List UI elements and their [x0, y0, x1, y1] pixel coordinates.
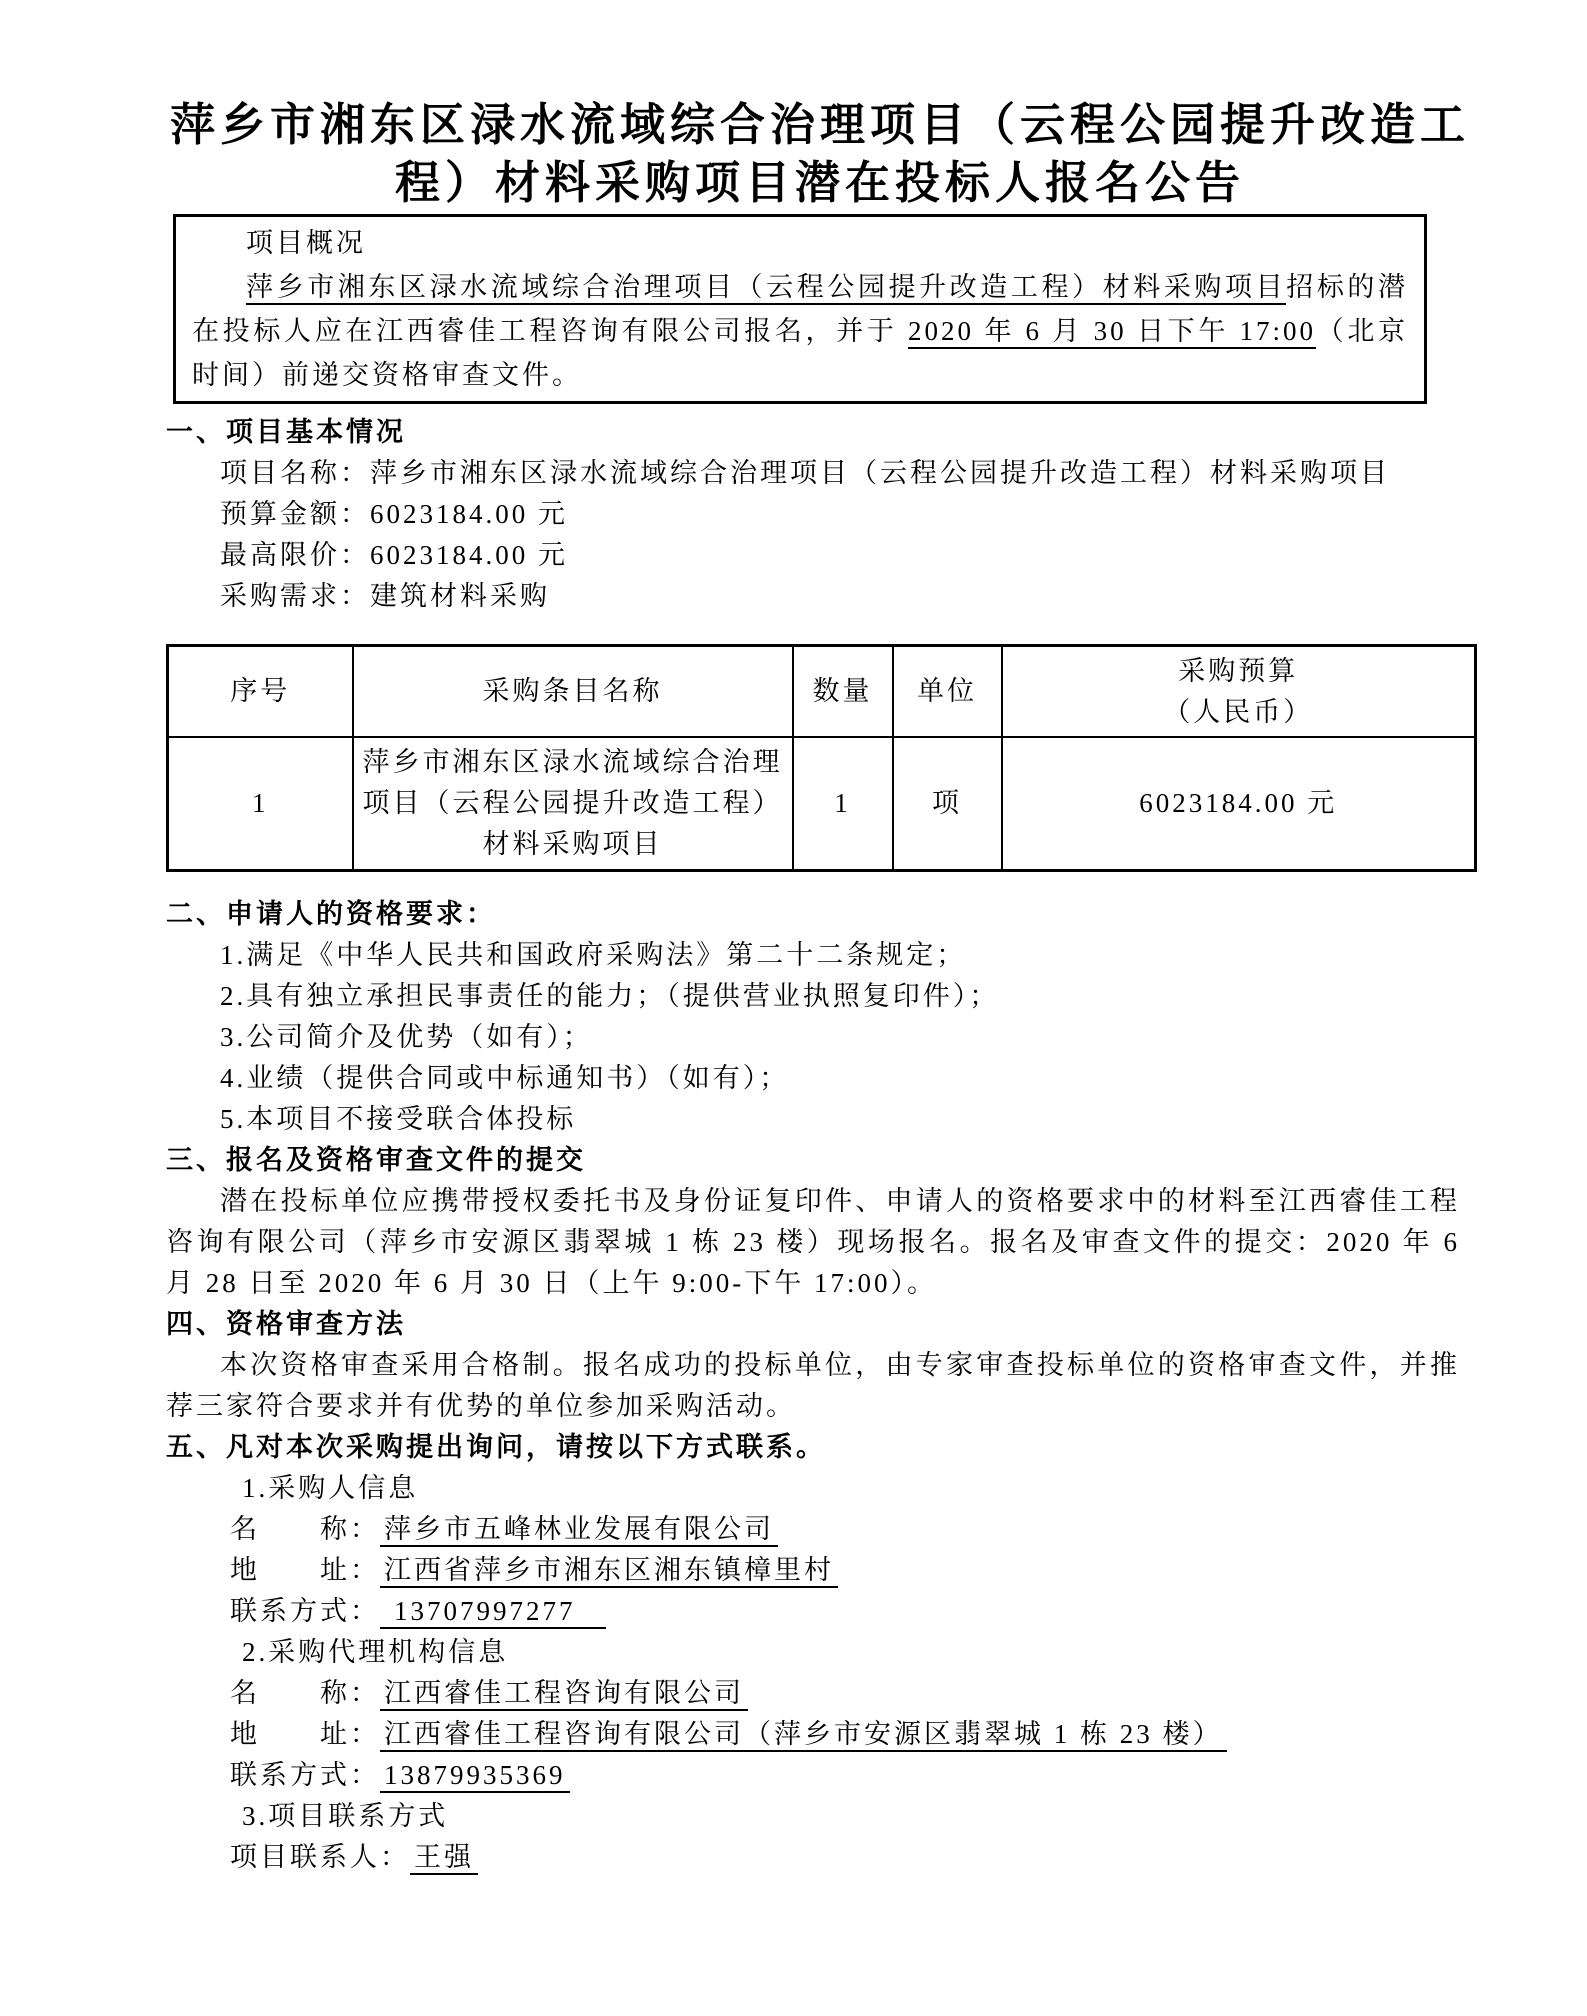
section3-paragraph: 潜在投标单位应携带授权委托书及身份证复印件、申请人的资格要求中的材料至江西睿佳工… — [166, 1181, 1460, 1304]
qualification-item-1: 1.满足《中华人民共和国政府采购法》第二十二条规定； — [166, 935, 1460, 976]
agency-name-label: 名 称： — [230, 1678, 380, 1708]
agency-addr-value: 江西睿佳工程咨询有限公司（萍乡市安源区翡翠城 1 栋 23 楼） — [380, 1719, 1227, 1752]
purchaser-addr-value: 江西省萍乡市湘东区湘东镇樟里村 — [380, 1555, 838, 1588]
document-page: 萍乡市湘东区渌水流域综合治理项目（云程公园提升改造工程）材料采购项目潜在投标人报… — [0, 0, 1587, 2016]
col-header-item-name: 采购条目名称 — [353, 646, 793, 738]
qualification-item-4: 4.业绩（提供合同或中标通知书）（如有）； — [166, 1058, 1460, 1099]
col-header-budget-line2: （人民币） — [1163, 697, 1313, 727]
section4-paragraph: 本次资格审查采用合格制。报名成功的投标单位，由专家审查投标单位的资格审查文件，并… — [166, 1345, 1460, 1427]
col-header-budget: 采购预算（人民币） — [1002, 646, 1476, 738]
agency-name-value: 江西睿佳工程咨询有限公司 — [380, 1678, 748, 1711]
agency-phone-label: 联系方式： — [230, 1760, 380, 1790]
purchaser-phone-label: 联系方式： — [230, 1596, 380, 1626]
agency-phone-value: 13879935369 — [380, 1760, 570, 1793]
overview-project-name: 萍乡市湘东区渌水流域综合治理项目（云程公园提升改造工程）材料采购项目 — [246, 272, 1286, 305]
purchaser-phone-line: 联系方式：13707997277 — [230, 1591, 1474, 1632]
col-header-unit: 单位 — [893, 646, 1002, 738]
section4-heading: 四、资格审查方法 — [166, 1304, 1474, 1345]
col-header-qty: 数量 — [793, 646, 893, 738]
agency-phone-line: 联系方式：13879935369 — [230, 1755, 1474, 1796]
overview-deadline: 2020 年 6 月 30 日下午 17:00 — [908, 316, 1316, 349]
document-content: 萍乡市湘东区渌水流域综合治理项目（云程公园提升改造工程）材料采购项目潜在投标人报… — [166, 96, 1474, 1878]
table-row: 1 萍乡市湘东区渌水流域综合治理项目（云程公园提升改造工程）材料采购项目 1 项… — [168, 737, 1476, 871]
project-overview-box: 项目概况 萍乡市湘东区渌水流域综合治理项目（云程公园提升改造工程）材料采购项目招… — [173, 214, 1427, 404]
agency-addr-line: 地 址：江西睿佳工程咨询有限公司（萍乡市安源区翡翠城 1 栋 23 楼） — [230, 1714, 1474, 1755]
agency-addr-label: 地 址： — [230, 1719, 380, 1749]
purchaser-phone-value: 13707997277 — [380, 1596, 606, 1629]
title-line-2: 程）材料采购项目潜在投标人报名公告 — [395, 158, 1245, 208]
qualification-item-3: 3.公司简介及优势（如有）； — [166, 1017, 1460, 1058]
budget-line: 预算金额：6023184.00 元 — [166, 494, 1460, 535]
overview-paragraph: 萍乡市湘东区渌水流域综合治理项目（云程公园提升改造工程）材料采购项目招标的潜在投… — [192, 265, 1408, 397]
purchaser-name-value: 萍乡市五峰林业发展有限公司 — [380, 1514, 778, 1547]
project-contact-value: 王强 — [410, 1842, 478, 1875]
max-price-line: 最高限价：6023184.00 元 — [166, 535, 1460, 576]
col-header-budget-line1: 采购预算 — [1178, 656, 1298, 686]
title-line-1: 萍乡市湘东区渌水流域综合治理项目（云程公园提升改造工 — [170, 100, 1470, 150]
purchaser-name-line: 名 称：萍乡市五峰林业发展有限公司 — [230, 1509, 1474, 1550]
section1-heading: 一、项目基本情况 — [166, 412, 1474, 453]
section2-heading: 二、申请人的资格要求： — [166, 894, 1474, 935]
purchaser-info-title: 1.采购人信息 — [242, 1468, 1474, 1509]
cell-item-name: 萍乡市湘东区渌水流域综合治理项目（云程公园提升改造工程）材料采购项目 — [353, 737, 793, 871]
col-header-seq: 序号 — [168, 646, 353, 738]
purchaser-addr-label: 地 址： — [230, 1555, 380, 1585]
section3-heading: 三、报名及资格审查文件的提交 — [166, 1140, 1474, 1181]
section5-heading: 五、凡对本次采购提出询问，请按以下方式联系。 — [166, 1427, 1474, 1468]
purchaser-addr-line: 地 址：江西省萍乡市湘东区湘东镇樟里村 — [230, 1550, 1474, 1591]
cell-qty: 1 — [793, 737, 893, 871]
qualification-item-5: 5.本项目不接受联合体投标 — [166, 1099, 1460, 1140]
project-contact-line: 项目联系人：王强 — [230, 1837, 1474, 1878]
project-contact-title: 3.项目联系方式 — [242, 1796, 1474, 1837]
cell-seq: 1 — [168, 737, 353, 871]
procurement-items-table: 序号 采购条目名称 数量 单位 采购预算（人民币） 1 萍乡市湘东区渌水流域综合… — [166, 644, 1477, 872]
purchaser-name-label: 名 称： — [230, 1514, 380, 1544]
project-contact-label: 项目联系人： — [230, 1842, 410, 1872]
agency-name-line: 名 称：江西睿佳工程咨询有限公司 — [230, 1673, 1474, 1714]
project-name-line: 项目名称：萍乡市湘东区渌水流域综合治理项目（云程公园提升改造工程）材料采购项目 — [166, 453, 1460, 494]
agency-info-title: 2.采购代理机构信息 — [242, 1632, 1474, 1673]
table-header-row: 序号 采购条目名称 数量 单位 采购预算（人民币） — [168, 646, 1476, 738]
cell-unit: 项 — [893, 737, 1002, 871]
page-title: 萍乡市湘东区渌水流域综合治理项目（云程公园提升改造工程）材料采购项目潜在投标人报… — [166, 96, 1474, 212]
cell-budget: 6023184.00 元 — [1002, 737, 1476, 871]
overview-label: 项目概况 — [192, 221, 1408, 265]
qualification-item-2: 2.具有独立承担民事责任的能力；（提供营业执照复印件）； — [166, 976, 1460, 1017]
requirement-line: 采购需求：建筑材料采购 — [166, 576, 1460, 617]
